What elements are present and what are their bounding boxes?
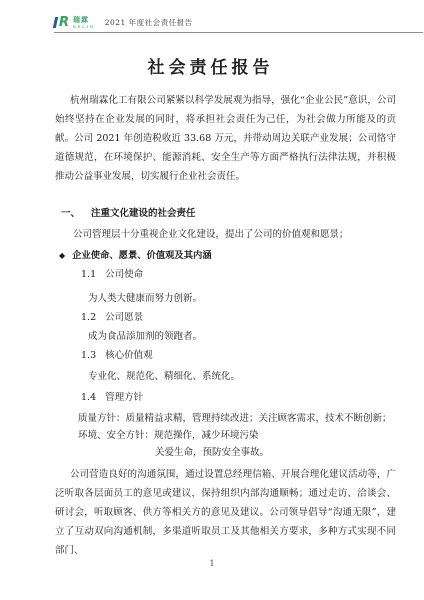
section-number: 一、: [61, 208, 80, 219]
section-lead-paragraph: 公司管理层十分重视企业文化建设，提出了公司的价值观和愿景；: [55, 225, 396, 244]
list-item-1-4: 1.4管理方针 质量方针：质量精益求精，管理持续改进；关注顾客需求，技术不断创新…: [55, 388, 396, 461]
logo-r-icon: R: [59, 16, 69, 29]
list-item-content: 为人类大健康而努力创新。: [55, 289, 396, 308]
list-item-number: 1.2: [81, 312, 96, 323]
bullet-item-text: 企业使命、愿景、价值观及其内涵: [72, 250, 211, 261]
diamond-bullet-icon: ◆: [59, 251, 65, 260]
list-item-1-2: 1.2公司愿景 成为食品添加剂的领跑者。: [55, 308, 396, 346]
logo-company-name-en: RELIN: [73, 25, 95, 29]
list-item-label: 管理方针: [105, 392, 143, 403]
list-item-content: 专业化、规范化、精细化、系统化。: [55, 367, 396, 386]
bullet-item: ◆企业使命、愿景、价值观及其内涵: [55, 246, 396, 265]
document-body: 社会责任报告 杭州瑞霖化工有限公司紧紧以科学发展观为指导，强化“企业公民”意识，…: [55, 50, 396, 560]
list-item-number: 1.1: [81, 269, 96, 280]
report-page: R 瑞霖 RELIN 2021 年度社会责任报告 社会责任报告 杭州瑞霖化工有限…: [0, 0, 424, 600]
list-item-1-3: 1.3核心价值观 专业化、规范化、精细化、系统化。: [55, 346, 396, 386]
closing-paragraph: 公司营造良好的沟通氛围，通过设置总经理信箱、开展合理化建议活动等，广泛听取各层面…: [55, 465, 396, 560]
list-item-1-1: 1.1公司使命 为人类大健康而努力创新。: [55, 265, 396, 308]
list-item-label: 公司使命: [105, 269, 143, 280]
list-item-heading: 1.4管理方针: [55, 388, 396, 407]
section-title: 注重文化建设的社会责任: [91, 208, 196, 219]
logo-wordmark: 瑞霖 RELIN: [73, 17, 95, 29]
document-title: 社会责任报告: [40, 57, 381, 79]
list-item-number: 1.3: [81, 350, 96, 361]
list-item-heading: 1.2公司愿景: [55, 308, 396, 327]
policy-line-quality: 质量方针：质量精益求精，管理持续改进；关注顾客需求，技术不断创新；: [55, 410, 396, 427]
section-heading: 一、注重文化建设的社会责任: [55, 204, 396, 223]
logo-company-name: 瑞霖: [73, 17, 95, 24]
list-item-heading: 1.3核心价值观: [55, 346, 396, 365]
list-item-heading: 1.1公司使命: [55, 265, 396, 284]
page-header: R 瑞霖 RELIN 2021 年度社会责任报告: [54, 8, 423, 33]
company-logo: R 瑞霖 RELIN: [54, 16, 95, 32]
list-item-number: 1.4: [81, 392, 96, 403]
page-number: 1: [0, 559, 424, 568]
header-title: 2021 年度社会责任报告: [105, 17, 193, 32]
list-item-content: 成为食品添加剂的领跑者。: [55, 327, 396, 346]
list-item-label: 核心价值观: [105, 350, 153, 361]
intro-paragraph: 杭州瑞霖化工有限公司紧紧以科学发展观为指导，强化“企业公民”意识，公司始终坚持在…: [55, 91, 396, 186]
policy-line-life-safety: 关爱生命，预防安全事故。: [55, 444, 396, 461]
list-item-label: 公司愿景: [105, 312, 143, 323]
policy-line-environment-safety: 环境、安全方针：规范操作，减少环境污染: [55, 427, 396, 444]
